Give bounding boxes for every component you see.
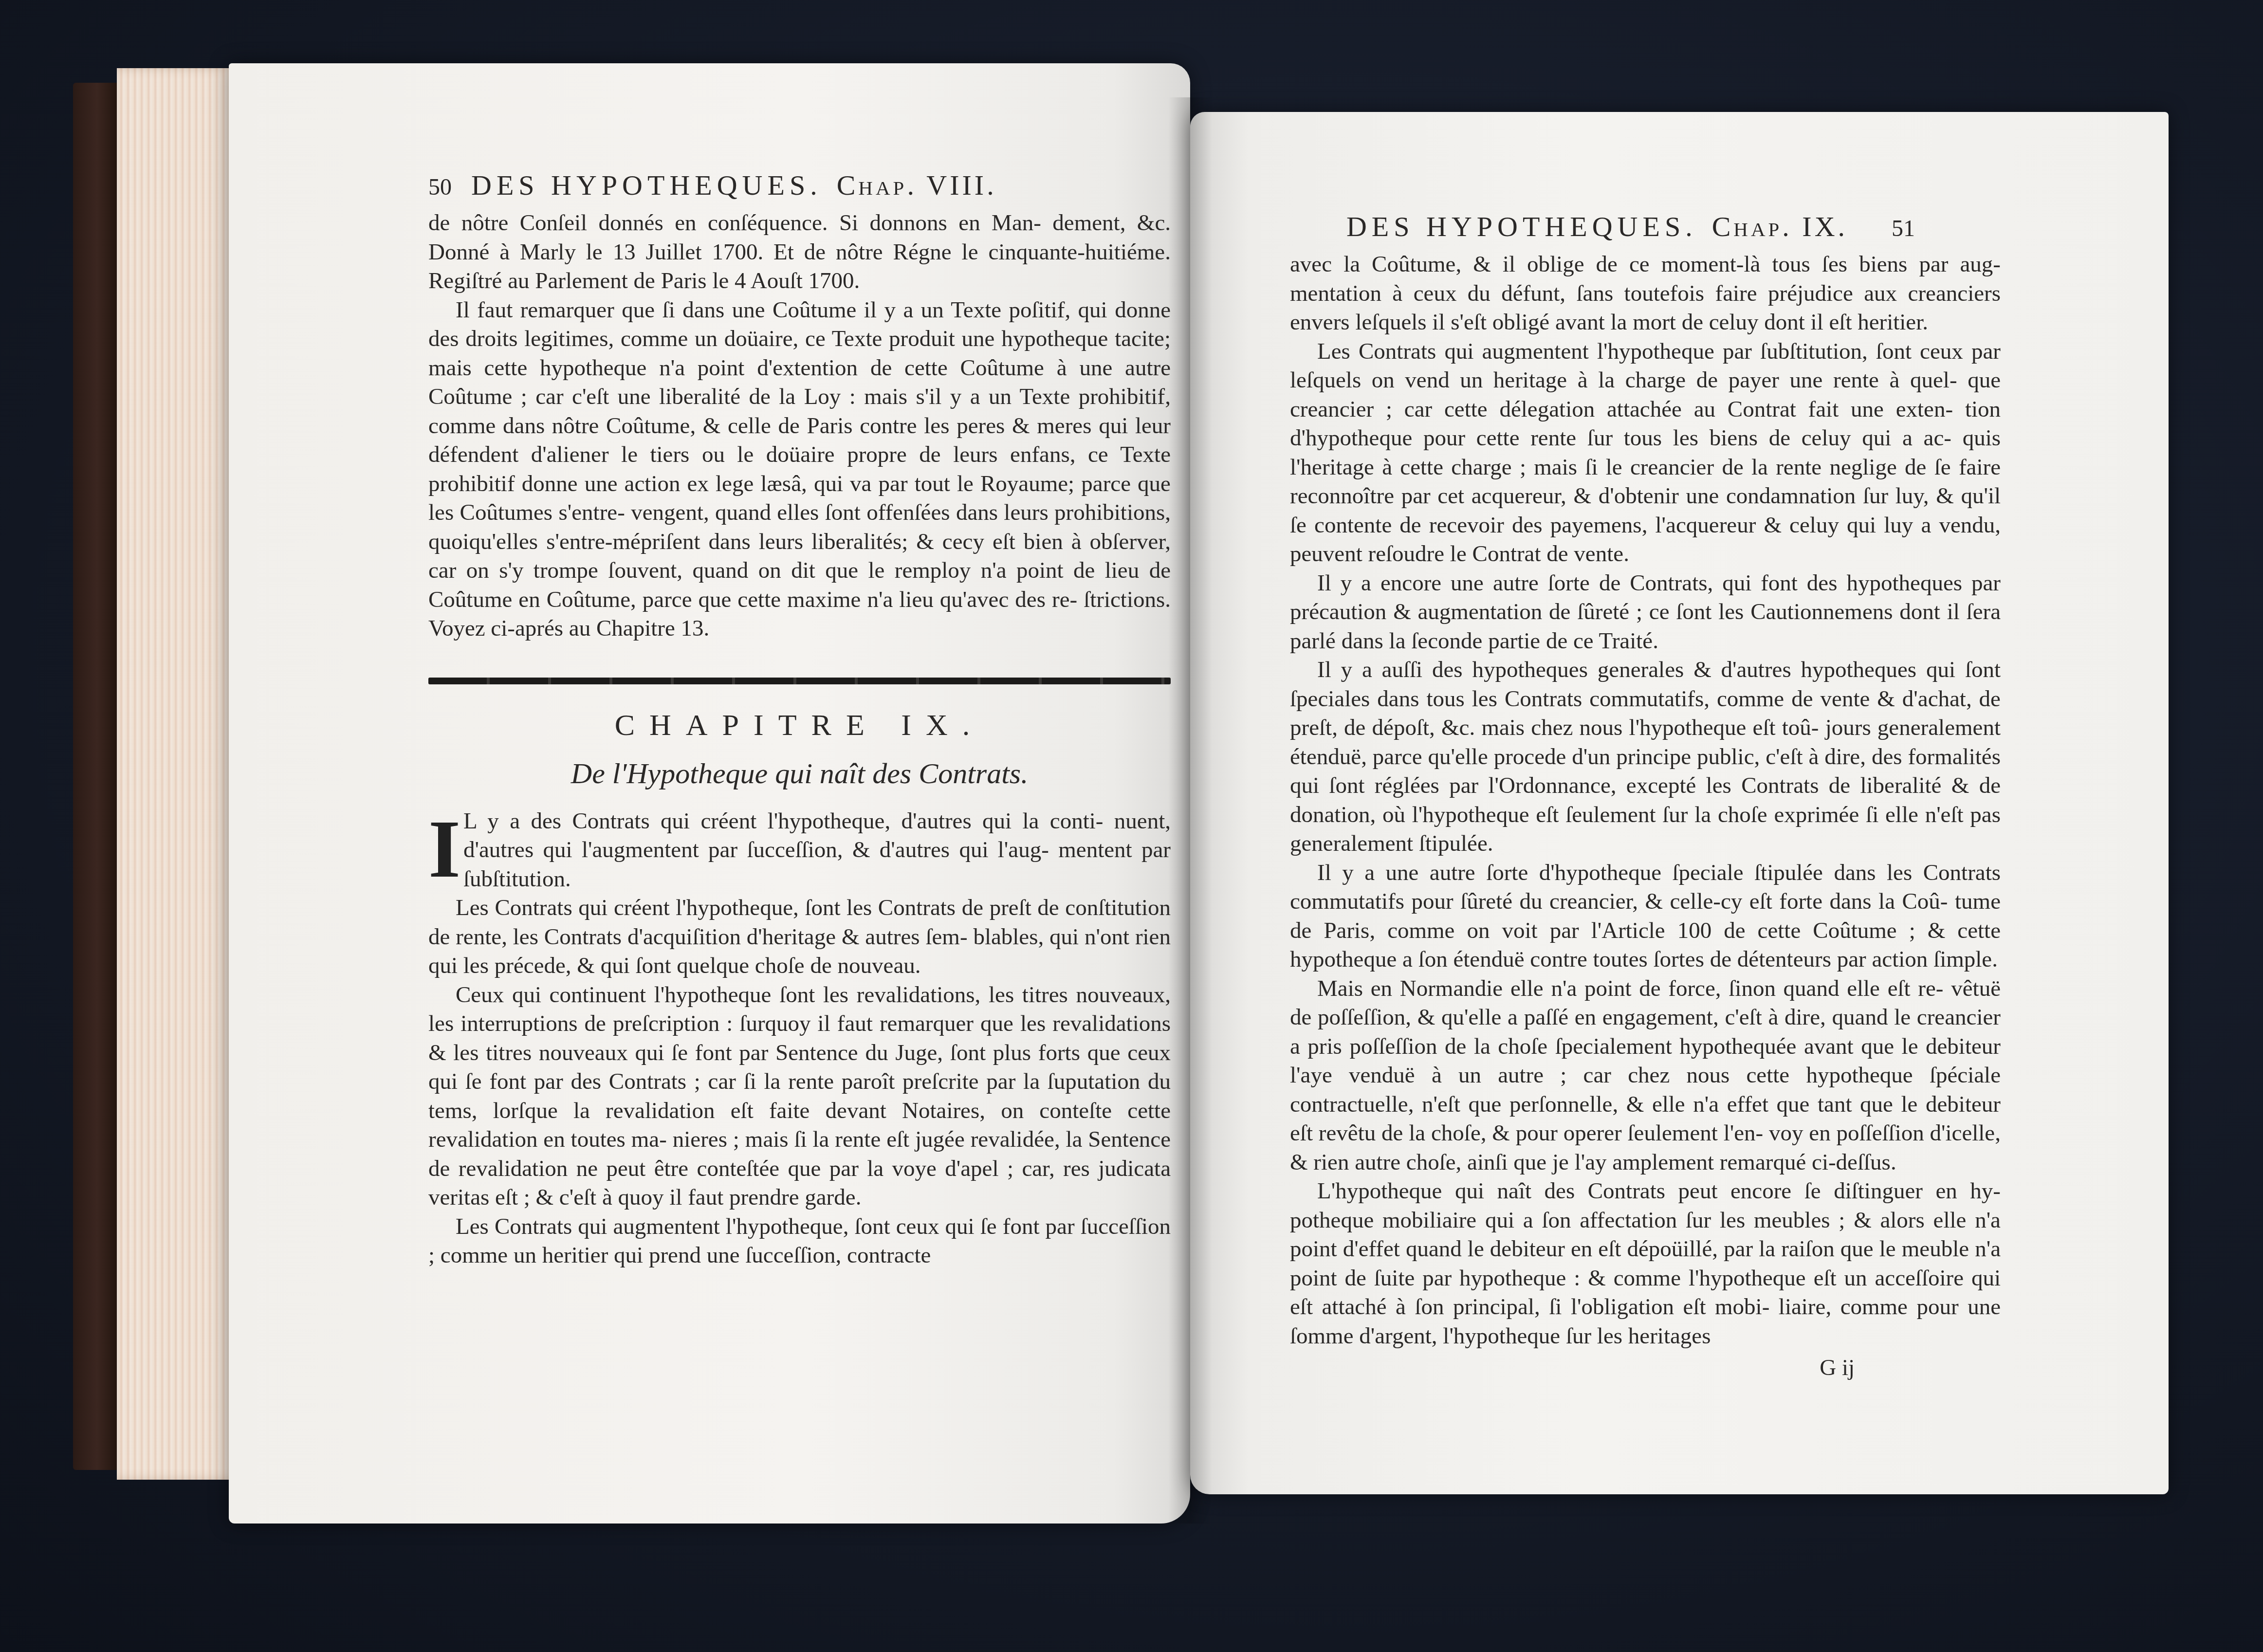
running-head-right: DES HYPOTHEQUES. Chap. IX. 51 <box>1261 209 2001 246</box>
paragraph: de nôtre Conſeil donnés en conſéquence. … <box>428 209 1171 296</box>
page-number-right: 51 <box>1892 211 1915 246</box>
page-block-edge <box>117 68 243 1480</box>
running-head-left: 50 DES HYPOTHEQUES. Chap. VIII. <box>428 168 1171 205</box>
paragraph: Les Contrats qui créent l'hypotheque, ſo… <box>428 894 1171 981</box>
running-title-right: DES HYPOTHEQUES. <box>1346 209 1697 244</box>
paragraph: Ceux qui continuent l'hypotheque ſont le… <box>428 981 1171 1212</box>
paragraph: L'hypotheque qui naît des Contrats peut … <box>1290 1177 2001 1351</box>
paragraph: avec la Coûtume, & il oblige de ce momen… <box>1290 250 2001 337</box>
paragraph: Il y a une autre ſorte d'hypotheque ſpec… <box>1290 859 2001 974</box>
page-number-left: 50 <box>428 170 452 205</box>
right-page-text: DES HYPOTHEQUES. Chap. IX. 51 avec la Co… <box>1290 209 2001 1383</box>
paragraph: Il faut remarquer que ſi dans une Coûtum… <box>428 296 1171 643</box>
paragraph: Il y a auſſi des hypotheques generales &… <box>1290 656 2001 859</box>
chapter-heading: CHAPITRE IX. <box>428 711 1171 740</box>
drop-cap: I <box>428 810 460 888</box>
running-chapter-left: Chap. VIII. <box>837 168 997 203</box>
running-chapter-right: Chap. IX. <box>1712 209 1848 244</box>
paragraph: Mais en Normandie elle n'a point de forc… <box>1290 974 2001 1177</box>
chapter-divider-rule <box>428 678 1171 684</box>
paragraph: I L y a des Contrats qui créent l'hypoth… <box>428 807 1171 894</box>
running-title-left: DES HYPOTHEQUES. <box>471 168 822 203</box>
paragraph: Il y a encore une autre ſorte de Contrat… <box>1290 569 2001 656</box>
paragraph: Les Contrats qui augmentent l'hypotheque… <box>428 1212 1171 1270</box>
chapter-subtitle: De l'Hypotheque qui naît des Contrats. <box>428 759 1171 789</box>
left-page-text: 50 DES HYPOTHEQUES. Chap. VIII. de nôtre… <box>428 168 1171 1270</box>
signature-mark: G ij <box>1290 1354 2001 1383</box>
photo-scene: 50 DES HYPOTHEQUES. Chap. VIII. de nôtre… <box>0 0 2263 1652</box>
paragraph: Les Contrats qui augmentent l'hypotheque… <box>1290 337 2001 569</box>
book-gutter <box>1168 97 1212 1524</box>
book-cover-edge <box>73 83 117 1470</box>
